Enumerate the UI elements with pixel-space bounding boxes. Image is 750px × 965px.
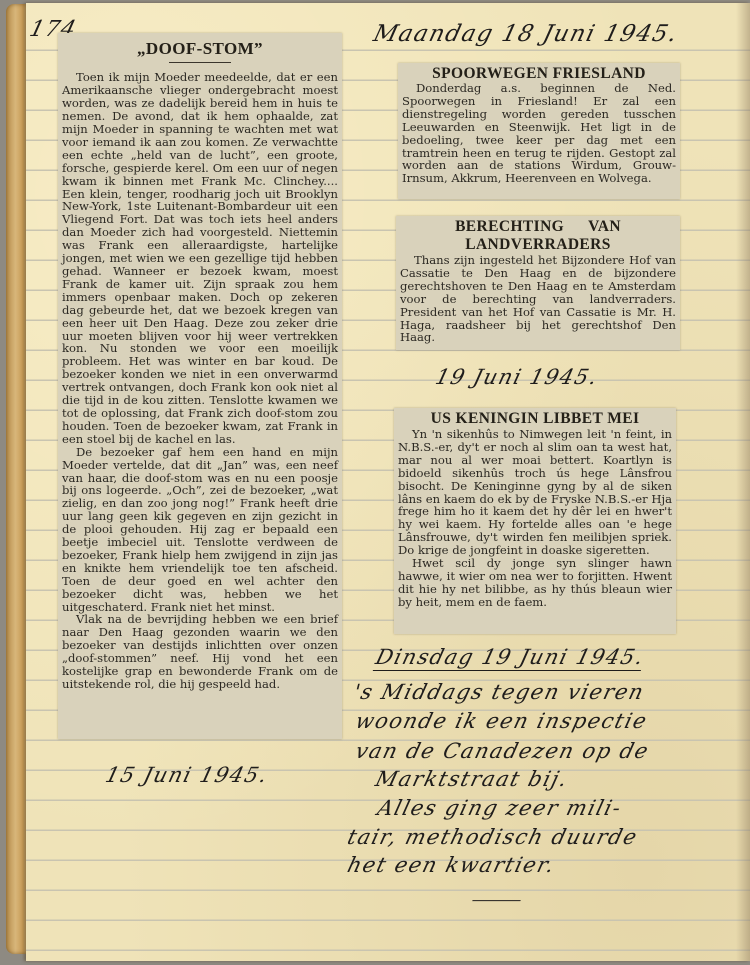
clipping-doof-stom: „DOOF-STOM” Toen ik mijn Moeder meedeeld… — [58, 33, 342, 739]
date-left: 15 Juni 1945. — [103, 763, 271, 787]
clipping-berechting: BERECHTING VAN LANDVERRADERS Thans zijn … — [396, 216, 680, 350]
clipping-paragraph: Toen ik mijn Moeder meedeelde, dat er ee… — [62, 71, 338, 445]
clipping-spoorwegen: SPOORWEGEN FRIESLAND Donderdag a.s. begi… — [398, 63, 680, 199]
closing-flourish: ⸻ — [467, 883, 526, 912]
entry-line: van de Canadezen op de — [353, 739, 652, 763]
entry-line: tair, methodisch duurde — [345, 825, 640, 849]
entry-line: Marktstraat bij. — [373, 767, 571, 791]
clipping-paragraph: Hwet scil dy jonge syn slinger hawn haww… — [398, 557, 672, 609]
clipping-title-line2: LANDVERRADERS — [400, 236, 676, 254]
entry-line: Alles ging zeer mili- — [375, 796, 625, 820]
entry-line: het een kwartier. — [345, 853, 558, 877]
clipping-paragraph: De bezoeker gaf hem een hand en mijn Moe… — [62, 446, 338, 614]
clipping-title: „DOOF-STOM” — [62, 43, 338, 56]
clipping-title: SPOORWEGEN FRIESLAND — [402, 65, 676, 82]
clipping-paragraph: Thans zijn ingesteld het Bijzondere Hof … — [400, 254, 676, 344]
date-mid-right: 19 Juni 1945. — [433, 365, 601, 389]
clipping-paragraph: Yn 'n sikenhûs to Nimwegen leit 'n feint… — [398, 428, 672, 557]
clipping-title: US KENINGIN LIBBET MEI — [398, 410, 672, 428]
clipping-paragraph: Vlak na de bevrijding hebben we een brie… — [62, 613, 338, 690]
clipping-paragraph: Donderdag a.s. beginnen de Ned. Spoorweg… — [402, 82, 676, 185]
date-top-right: Maandag 18 Juni 1945. — [371, 21, 681, 47]
entry-heading: Dinsdag 19 Juni 1945. — [373, 645, 647, 671]
scrapbook-page: 174. „DOOF-STOM” Toen ik mijn Moeder mee… — [26, 3, 750, 961]
title-divider — [169, 62, 231, 64]
clipping-keningin: US KENINGIN LIBBET MEI Yn 'n sikenhûs to… — [394, 408, 676, 634]
entry-line: 's Middags tegen vieren — [351, 680, 647, 704]
entry-line: woonde ik een inspectie — [353, 709, 650, 733]
clipping-title: BERECHTING VAN — [400, 218, 676, 236]
